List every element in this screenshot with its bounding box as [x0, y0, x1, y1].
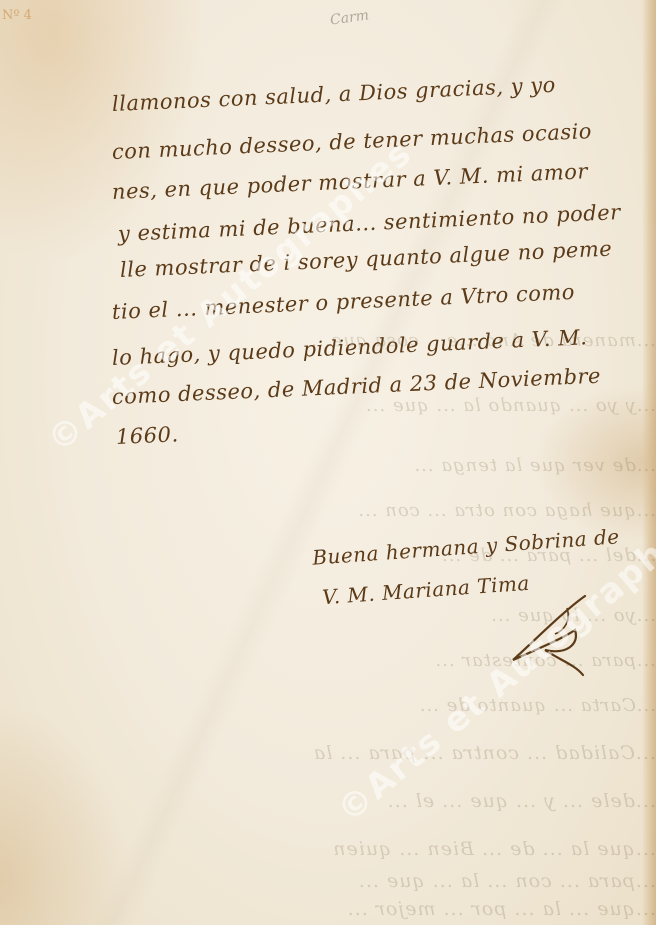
bleed-through-line: ...Carta ... quanto de ... — [0, 695, 656, 716]
bleed-through-line: ...que haga con otra ... con ... — [0, 500, 656, 521]
letter-date-year: 1660. — [115, 422, 179, 449]
manuscript-page: Nº 4 Carm ...manera de Ana ...e... cosa … — [0, 0, 656, 925]
bleed-through-line: ...que la ... de ... Bien ... quien — [0, 838, 656, 860]
bleed-through-line: ...de ver que la tenga ... — [0, 455, 656, 476]
bleed-through-line: ...dele ... y ... que ... el ... — [0, 790, 656, 812]
bleed-through-line: ...Calidad ... contra ... para ... la — [0, 742, 656, 764]
corner-mark: Nº 4 — [2, 8, 32, 23]
bleed-through-line: ...que ... la ... por ... mejor ... — [0, 898, 656, 920]
bleed-through-line: ...para ... con ... la ... que ... — [0, 870, 656, 892]
